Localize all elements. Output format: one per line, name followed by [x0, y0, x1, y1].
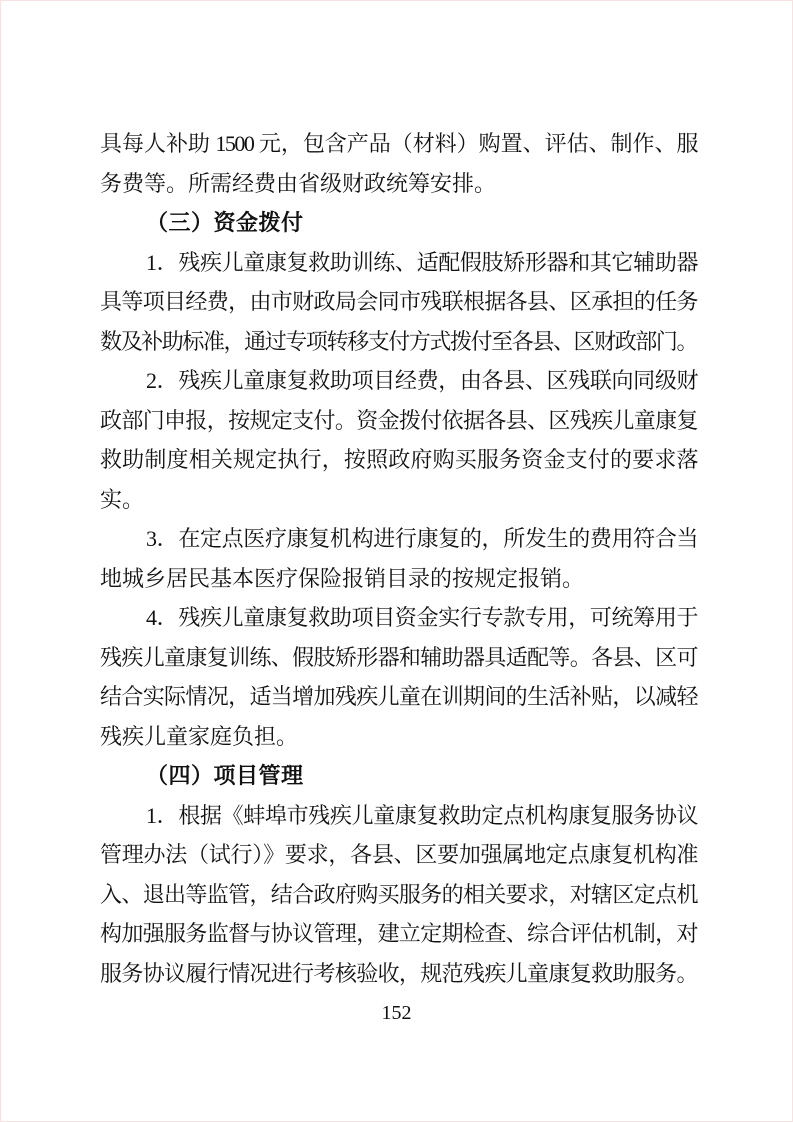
doc-line: 1．残疾儿童康复救助训练、适配假肢矫形器和其它辅助器 [100, 243, 697, 283]
doc-line: 管理办法（试行）》要求，各县、区要加强属地定点康复机构准 [100, 835, 697, 875]
document-text-block: 具每人补助 1500 元，包含产品（材料）购置、评估、制作、服 务费等。所需经费… [100, 124, 697, 993]
doc-line: 实。 [100, 480, 697, 520]
page-number: 152 [0, 1000, 793, 1026]
doc-line: 地城乡居民基本医疗保险报销目录的按规定报销。 [100, 559, 697, 599]
doc-line: 务费等。所需经费由省级财政统筹安排。 [100, 164, 697, 204]
doc-line: 结合实际情况，适当增加残疾儿童在训期间的生活补贴，以减轻 [100, 677, 697, 717]
section-heading-3: （三）资金拨付 [100, 203, 697, 243]
doc-line: 2．残疾儿童康复救助项目经费，由各县、区残联向同级财 [100, 361, 697, 401]
section-heading-4: （四）项目管理 [100, 756, 697, 796]
doc-line: 1．根据《蚌埠市残疾儿童康复救助定点机构康复服务协议 [100, 796, 697, 836]
doc-line: 构加强服务监督与协议管理，建立定期检查、综合评估机制，对 [100, 914, 697, 954]
doc-line: 3．在定点医疗康复机构进行康复的，所发生的费用符合当 [100, 519, 697, 559]
doc-line: 服务协议履行情况进行考核验收，规范残疾儿童康复救助服务。 [100, 954, 697, 994]
doc-line: 残疾儿童康复训练、假肢矫形器和辅助器具适配等。各县、区可 [100, 638, 697, 678]
doc-line: 入、退出等监管，结合政府购买服务的相关要求，对辖区定点机 [100, 875, 697, 915]
doc-line: 残疾儿童家庭负担。 [100, 717, 697, 757]
doc-line: 数及补助标准，通过专项转移支付方式拨付至各县、区财政部门。 [100, 322, 697, 362]
doc-line: 具等项目经费，由市财政局会同市残联根据各县、区承担的任务 [100, 282, 697, 322]
doc-line: 4．残疾儿童康复救助项目资金实行专款专用，可统筹用于 [100, 598, 697, 638]
doc-line: 政部门申报，按规定支付。资金拨付依据各县、区残疾儿童康复 [100, 401, 697, 441]
doc-line: 具每人补助 1500 元，包含产品（材料）购置、评估、制作、服 [100, 124, 697, 164]
doc-line: 救助制度相关规定执行，按照政府购买服务资金支付的要求落 [100, 440, 697, 480]
